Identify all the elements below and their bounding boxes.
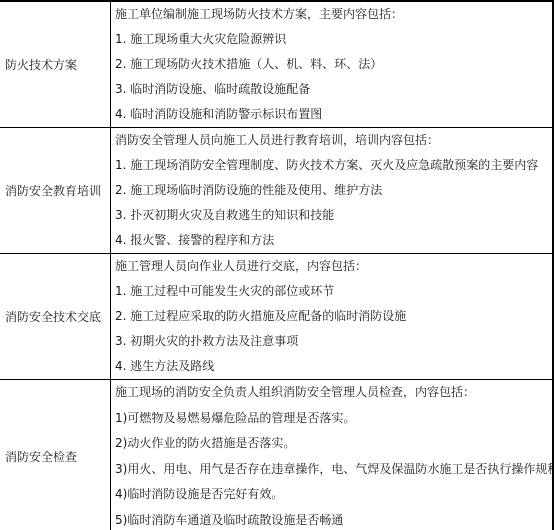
content-item: 4. 临时消防设施和消防警示标识布置图 <box>115 102 552 127</box>
content-item: 4)临时消防设施是否完好有效。 <box>115 482 552 508</box>
table-row-fire-technical-plan: 防火技术方案 施工单位编制施工现场防火技术方案，主要内容包括： 1. 施工现场重… <box>0 1 553 128</box>
content-item: 2. 施工现场防火技术措施（人、机、料、环、法） <box>115 52 552 77</box>
content-item: 1)可燃物及易燃易爆危险品的管理是否落实。 <box>115 406 552 432</box>
content-intro: 消防安全管理人员向施工人员进行教育培训，培训内容包括： <box>115 128 552 153</box>
table-row-technical-briefing: 消防安全技术交底 施工管理人员向作业人员进行交底，内容包括： 1. 施工过程中可… <box>0 254 553 380</box>
content-intro: 施工单位编制施工现场防火技术方案，主要内容包括： <box>115 2 552 27</box>
content-item: 2. 施工现场临时消防设施的性能及使用、维护方法 <box>115 178 552 203</box>
fire-safety-table: 防火技术方案 施工单位编制施工现场防火技术方案，主要内容包括： 1. 施工现场重… <box>0 0 554 530</box>
content-item: 2)动火作业的防火措施是否落实。 <box>115 431 552 457</box>
content-item: 2. 施工过程应采取的防火措施及应配备的临时消防设施 <box>115 304 552 329</box>
content-intro: 施工现场的消防安全负责人组织消防安全管理人员检查，内容包括： <box>115 380 552 406</box>
content-item: 1. 施工现场消防安全管理制度、防火技术方案、灭火及应急疏散预案的主要内容 <box>115 153 552 178</box>
row-label: 防火技术方案 <box>0 1 111 128</box>
content-item: 3. 初期火灾的扑救方法及注意事项 <box>115 329 552 354</box>
row-content: 施工单位编制施工现场防火技术方案，主要内容包括： 1. 施工现场重大火灾危险源辨… <box>111 1 554 128</box>
content-item: 3. 临时消防设施、临时疏散设施配备 <box>115 77 552 102</box>
row-content: 施工管理人员向作业人员进行交底，内容包括： 1. 施工过程中可能发生火灾的部位或… <box>111 254 554 380</box>
row-label: 消防安全检查 <box>0 380 111 530</box>
table-row-safety-education: 消防安全教育培训 消防安全管理人员向施工人员进行教育培训，培训内容包括： 1. … <box>0 128 553 254</box>
content-item: 1. 施工现场重大火灾危险源辨识 <box>115 27 552 52</box>
content-item: 4. 报火警、接警的程序和方法 <box>115 228 552 253</box>
content-item: 5)临时消防车通道及临时疏散设施是否畅通 <box>115 508 552 530</box>
content-item: 3)用火、用电、用气是否存在违章操作，电、气焊及保温防水施工是否执行操作规程。 <box>115 457 552 483</box>
content-item: 3. 扑灭初期火灾及自救逃生的知识和技能 <box>115 203 552 228</box>
row-label: 消防安全教育培训 <box>0 128 111 254</box>
content-item: 4. 逃生方法及路线 <box>115 354 552 379</box>
row-content: 施工现场的消防安全负责人组织消防安全管理人员检查，内容包括： 1)可燃物及易燃易… <box>111 380 554 530</box>
content-intro: 施工管理人员向作业人员进行交底，内容包括： <box>115 254 552 279</box>
table-row-safety-inspection: 消防安全检查 施工现场的消防安全负责人组织消防安全管理人员检查，内容包括： 1)… <box>0 380 553 530</box>
content-item: 1. 施工过程中可能发生火灾的部位或环节 <box>115 279 552 304</box>
row-content: 消防安全管理人员向施工人员进行教育培训，培训内容包括： 1. 施工现场消防安全管… <box>111 128 554 254</box>
row-label: 消防安全技术交底 <box>0 254 111 380</box>
